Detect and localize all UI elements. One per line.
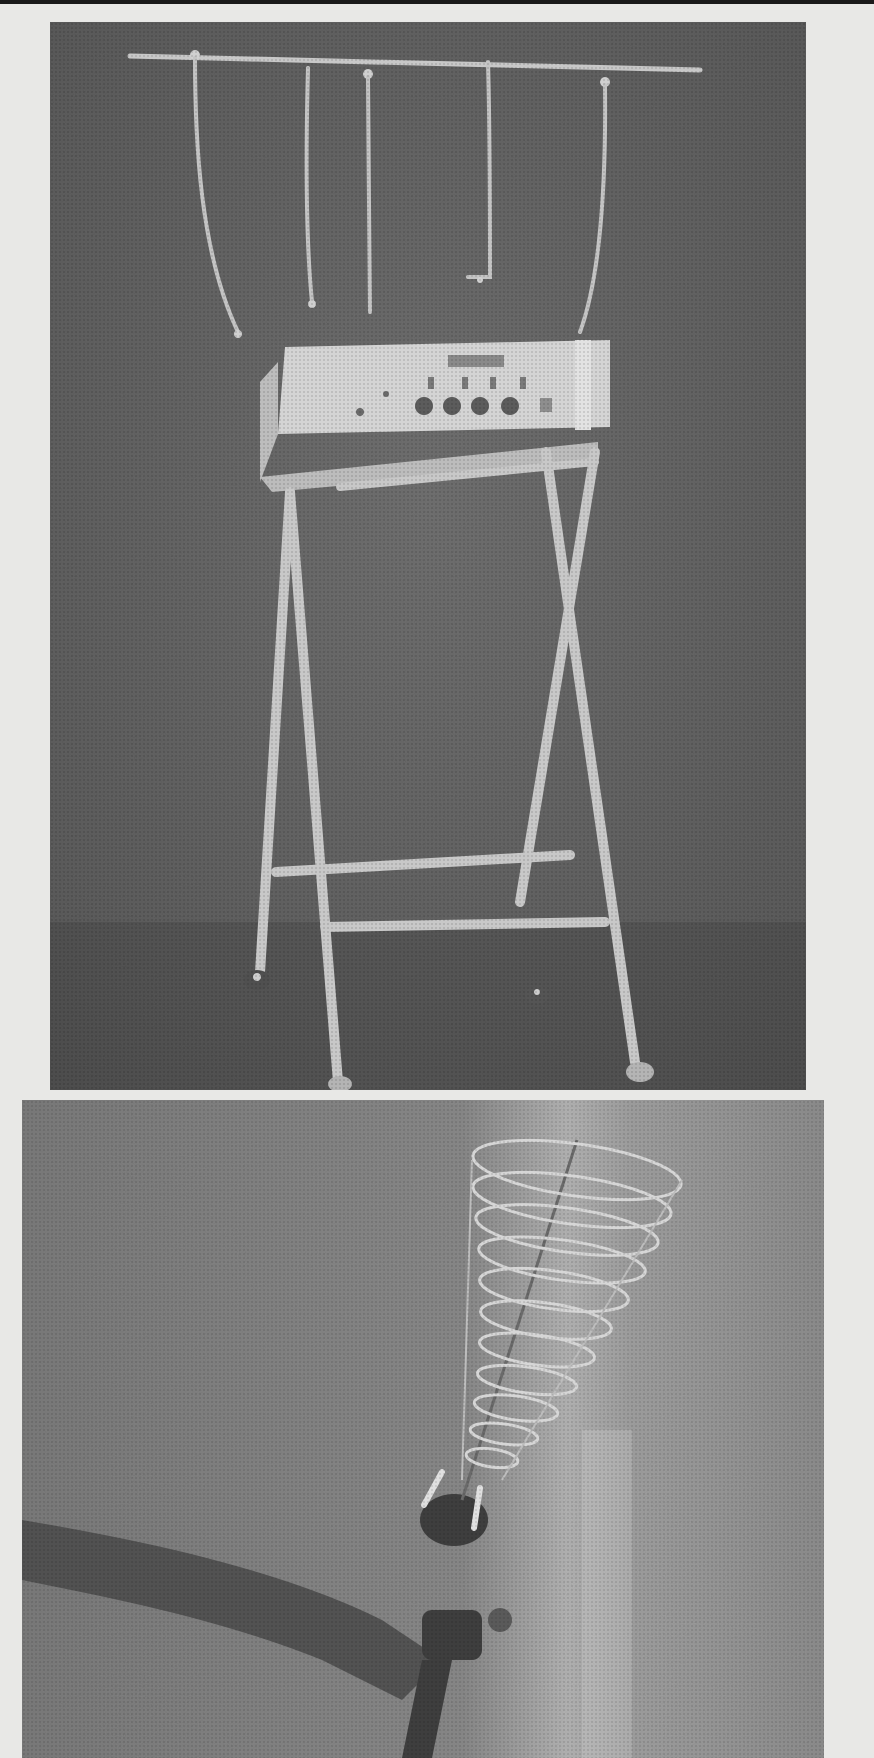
photo-spiral-antenna: [22, 1100, 824, 1758]
spiral-antenna-illustration: [22, 1100, 824, 1758]
instrument-stand-illustration: [50, 22, 806, 1090]
scanned-page: [0, 0, 874, 1758]
scan-top-edge: [0, 0, 874, 4]
photo-instrument-stand: [50, 22, 806, 1090]
